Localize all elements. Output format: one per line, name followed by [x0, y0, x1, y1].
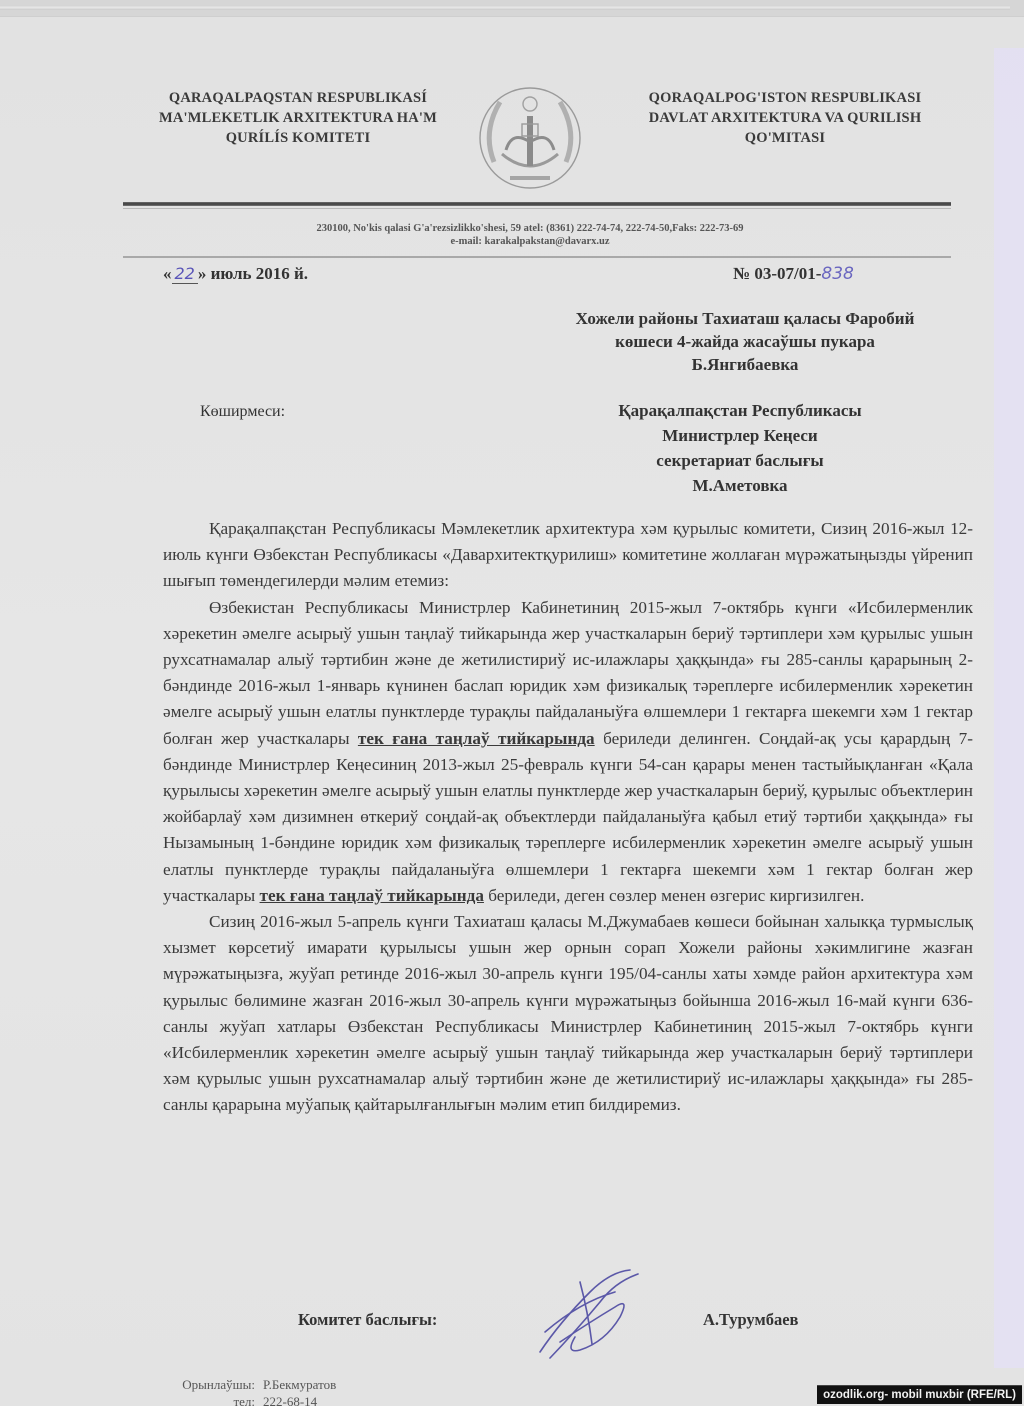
body-text-span: Өзбекистан Республикасы Министрлер Кабин…	[163, 598, 973, 748]
body-text-span: бериледи, деген сөзлер менен өзгерис кир…	[484, 886, 864, 905]
copy-label: Көширмеси:	[200, 403, 285, 421]
executor-name: Р.Бекмуратов	[263, 1376, 336, 1393]
signatory-title: Комитет баслығы:	[298, 1310, 437, 1330]
copy-recipient-line: Қарақалпақстан Республикасы	[555, 398, 925, 423]
letterhead-divider	[123, 202, 951, 206]
email-line: e-mail: karakalpakstan@davarx.uz	[200, 235, 860, 248]
letterhead-divider-thin	[123, 208, 951, 209]
recipient-line: көшеси 4-жайда жасаўшы пукара	[520, 330, 970, 353]
scanned-letter-page: QARAQALPAQSTAN RESPUBLIKASÍ MA'MLEKETLIK…	[0, 0, 1024, 1406]
quote-open: «	[163, 264, 172, 283]
handwritten-day: 22	[172, 264, 198, 284]
body-paragraph-3: Сизиң 2016-жыл 5-апрель күнги Тахиаташ қ…	[163, 909, 973, 1119]
org-right-line: QO'MITASI	[600, 128, 970, 148]
emphasis-text: тек ғана таңлаў тийкарында	[260, 886, 484, 905]
reference-number: № 03-07/01-838	[733, 264, 854, 284]
copy-recipient-line: секретариат баслығы	[555, 448, 925, 473]
scan-tint-edge	[994, 48, 1024, 1368]
date-month-year: июль 2016 й.	[211, 264, 308, 283]
ref-prefix: № 03-07/01-	[733, 264, 821, 283]
handwritten-ref-number: 838	[821, 264, 853, 284]
date-divider	[123, 256, 951, 258]
signatory-name: А.Турумбаев	[703, 1310, 798, 1330]
letter-date: «22» июль 2016 й.	[163, 264, 308, 284]
recipient-name: Б.Янгибаевка	[520, 353, 970, 376]
org-right-line: DAVLAT ARXITEKTURA VA QURILISH	[600, 108, 970, 128]
executor-phone: 222-68-14	[263, 1393, 317, 1406]
executor-info: Орынлаўшы:Р.Бекмуратов тел:222-68-14	[160, 1376, 336, 1406]
org-right-line: QORAQALPOG'ISTON RESPUBLIKASI	[600, 88, 970, 108]
body-text-span: бериледи делинген. Соңдай-ақ усы қарарды…	[163, 729, 973, 905]
org-left-line: QARAQALPAQSTAN RESPUBLIKASÍ	[118, 88, 478, 108]
copy-recipient-name: М.Аметовка	[555, 473, 925, 498]
copy-recipient-block: Қарақалпақстан Республикасы Министрлер К…	[555, 398, 925, 498]
source-watermark: ozodlik.org- mobil muxbir (RFE/RL)	[817, 1385, 1022, 1404]
quote-close: »	[198, 264, 207, 283]
state-emblem-icon	[472, 82, 588, 194]
org-left-line: MA'MLEKETLIK ARXITEKTURA HA'M	[118, 108, 478, 128]
copy-recipient-line: Министрлер Кеңеси	[555, 423, 925, 448]
address-line: 230100, No'kis qalasi G'a'rezsizlikko'sh…	[200, 222, 860, 235]
scan-edge	[0, 0, 1024, 17]
phone-label: тел:	[160, 1393, 263, 1406]
org-name-uzbek: QORAQALPOG'ISTON RESPUBLIKASI DAVLAT ARX…	[600, 88, 970, 148]
emphasis-text: тек ғана таңлаў тийкарында	[358, 729, 595, 748]
body-paragraph-2: Өзбекистан Республикасы Министрлер Кабин…	[163, 595, 973, 909]
recipient-block: Хожели районы Тахиаташ қаласы Фаробий кө…	[520, 307, 970, 376]
org-left-line: QURÍLÍS KOMITETI	[118, 128, 478, 148]
signature-row: Комитет баслығы: А.Турумбаев	[0, 1310, 1024, 1340]
org-name-karakalpak: QARAQALPAQSTAN RESPUBLIKASÍ MA'MLEKETLIK…	[118, 88, 478, 148]
org-address: 230100, No'kis qalasi G'a'rezsizlikko'sh…	[200, 222, 860, 248]
executor-label: Орынлаўшы:	[160, 1376, 263, 1393]
recipient-line: Хожели районы Тахиаташ қаласы Фаробий	[520, 307, 970, 330]
body-paragraph-1: Қарақалпақстан Республикасы Мәмлекетлик …	[163, 516, 973, 595]
letter-body: Қарақалпақстан Республикасы Мәмлекетлик …	[163, 516, 973, 1119]
